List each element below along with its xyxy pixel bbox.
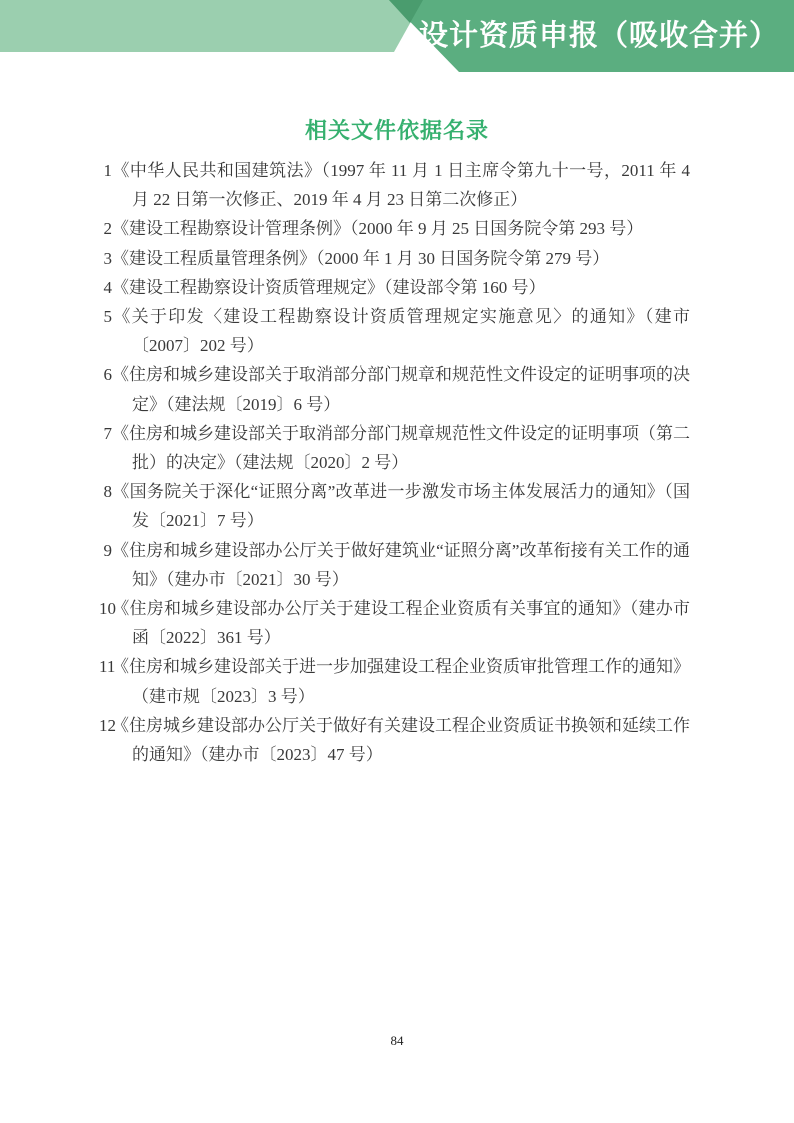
doc-item-text: 《住房和城乡建设部关于取消部分部门规章和规范性文件设定的证明事项的决定》（建法规… [112,365,690,413]
doc-list-item: 10《住房和城乡建设部办公厅关于建设工程企业资质有关事宜的通知》（建办市函〔20… [99,594,690,652]
doc-item-text: 《建设工程勘察设计资质管理规定》（建设部令第 160 号） [112,278,546,297]
doc-item-text: 《住房城乡建设部办公厅关于做好有关建设工程企业资质证书换领和延续工作的通知》（建… [112,716,690,764]
doc-item-text: 《住房和城乡建设部办公厅关于做好建筑业“证照分离”改革衔接有关工作的通知》（建办… [112,541,690,589]
doc-list-item: 7《住房和城乡建设部关于取消部分部门规章规范性文件设定的证明事项（第二批）的决定… [99,419,690,477]
doc-item-text: 《住房和城乡建设部关于取消部分部门规章规范性文件设定的证明事项（第二批）的决定》… [112,424,690,472]
doc-item-number: 7 [99,419,112,448]
doc-item-number: 10 [99,594,112,623]
doc-item-number: 3 [99,244,112,273]
doc-item-text: 《住房和城乡建设部关于进一步加强建设工程企业资质审批管理工作的通知》（建市规〔2… [112,657,690,705]
page-number: 84 [0,1033,794,1049]
banner-title: 设计资质申报（吸收合并） [419,19,779,53]
doc-item-number: 12 [99,711,112,740]
doc-item-number: 8 [99,477,112,506]
doc-item-text: 《建设工程质量管理条例》（2000 年 1 月 30 日国务院令第 279 号） [112,249,609,268]
doc-item-number: 9 [99,536,112,565]
doc-list-item: 9《住房和城乡建设部办公厅关于做好建筑业“证照分离”改革衔接有关工作的通知》（建… [99,536,690,594]
doc-item-text: 《建设工程勘察设计管理条例》（2000 年 9 月 25 日国务院令第 293 … [112,219,643,238]
banner-light-band-shape [0,0,423,52]
page-banner: 设计资质申报（吸收合并） [0,0,794,80]
doc-list-item: 6《住房和城乡建设部关于取消部分部门规章和规范性文件设定的证明事项的决定》（建法… [99,360,690,418]
doc-list-item: 3《建设工程质量管理条例》（2000 年 1 月 30 日国务院令第 279 号… [99,244,690,273]
doc-item-text: 《中华人民共和国建筑法》（1997 年 11 月 1 日主席令第九十一号，201… [112,161,690,209]
doc-item-number: 11 [99,652,112,681]
doc-list-item: 12《住房城乡建设部办公厅关于做好有关建设工程企业资质证书换领和延续工作的通知》… [99,711,690,769]
doc-list-item: 8《国务院关于深化“证照分离”改革进一步激发市场主体发展活力的通知》（国发〔20… [99,477,690,535]
doc-list-item: 2《建设工程勘察设计管理条例》（2000 年 9 月 25 日国务院令第 293… [99,214,690,243]
doc-list: 1《中华人民共和国建筑法》（1997 年 11 月 1 日主席令第九十一号，20… [99,156,690,769]
doc-list-item: 11《住房和城乡建设部关于进一步加强建设工程企业资质审批管理工作的通知》（建市规… [99,652,690,710]
page-title: 相关文件依据名录 [0,117,794,145]
doc-item-number: 1 [99,156,112,185]
doc-item-text: 《国务院关于深化“证照分离”改革进一步激发市场主体发展活力的通知》（国发〔202… [112,482,690,530]
doc-list-item: 4《建设工程勘察设计资质管理规定》（建设部令第 160 号） [99,273,690,302]
doc-item-number: 5 [99,302,112,331]
doc-list-item: 1《中华人民共和国建筑法》（1997 年 11 月 1 日主席令第九十一号，20… [99,156,690,214]
doc-item-number: 2 [99,214,112,243]
doc-item-text: 《关于印发〈建设工程勘察设计资质管理规定实施意见〉的通知》（建市〔2007〕20… [112,307,690,355]
doc-list-item: 5《关于印发〈建设工程勘察设计资质管理规定实施意见〉的通知》（建市〔2007〕2… [99,302,690,360]
doc-item-number: 4 [99,273,112,302]
doc-item-text: 《住房和城乡建设部办公厅关于建设工程企业资质有关事宜的通知》（建办市函〔2022… [112,599,690,647]
doc-item-number: 6 [99,360,112,389]
